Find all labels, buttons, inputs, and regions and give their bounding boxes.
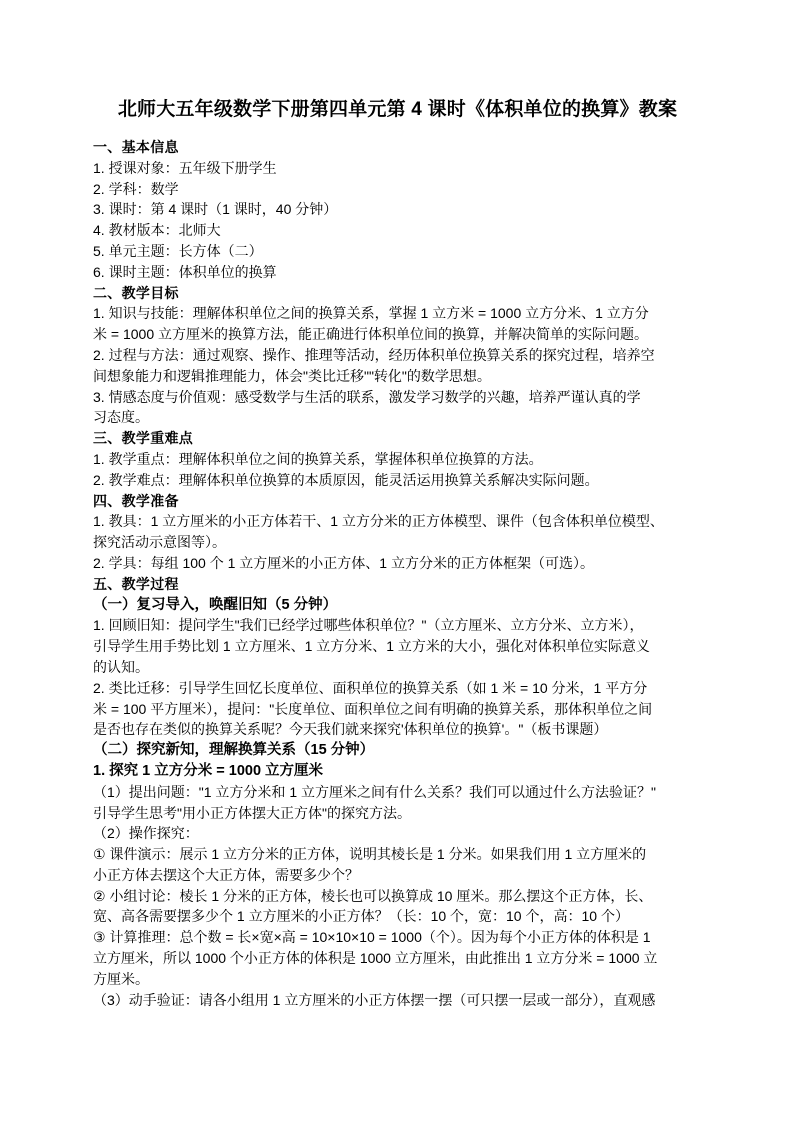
text-line: 2. 学具：每组 100 个 1 立方厘米的小正方体、1 立方分米的正方体框架（…	[93, 553, 702, 574]
section-heading: 三、教学重难点	[93, 428, 702, 449]
text-line: 米 = 100 平方厘米），提问："长度单位、面积单位之间有明确的换算关系，那体…	[93, 699, 702, 720]
text-line: 间想象能力和逻辑推理能力，体会"类比迁移""转化"的数学思想。	[93, 366, 702, 387]
subsection-heading: （一）复习导入，唤醒旧知（5 分钟）	[93, 595, 702, 616]
text-line: （1）提出问题："1 立方分米和 1 立方厘米之间有什么关系？我们可以通过什么方…	[93, 782, 702, 803]
text-line: 引导学生用手势比划 1 立方厘米、1 立方分米、1 立方米的大小，强化对体积单位…	[93, 636, 702, 657]
text-line: 2. 教学难点：理解体积单位换算的本质原因，能灵活运用换算关系解决实际问题。	[93, 470, 702, 491]
text-line: 宽、高各需要摆多少个 1 立方厘米的小正方体？（长：10 个，宽：10 个，高：…	[93, 906, 702, 927]
document-body: 一、基本信息1. 授课对象：五年级下册学生2. 学科：数学3. 课时：第 4 课…	[93, 137, 702, 1010]
text-line: 习态度。	[93, 407, 702, 428]
document-page: 北师大五年级数学下册第四单元第 4 课时《体积单位的换算》教案 一、基本信息1.…	[0, 0, 794, 1123]
text-line: 5. 单元主题：长方体（二）	[93, 241, 702, 262]
text-line: 小正方体去摆这个大正方体，需要多少个？	[93, 865, 702, 886]
text-line: 1. 授课对象：五年级下册学生	[93, 158, 702, 179]
section-heading: 一、基本信息	[93, 137, 702, 158]
text-line: 是否也存在类似的换算关系呢？今天我们就来探究'体积单位的换算'。"（板书课题）	[93, 719, 702, 740]
text-line: 6. 课时主题：体积单位的换算	[93, 262, 702, 283]
section-heading: 二、教学目标	[93, 283, 702, 304]
text-line: 方厘米。	[93, 969, 702, 990]
text-line: （2）操作探究：	[93, 823, 702, 844]
text-line: ② 小组讨论：棱长 1 分米的正方体，棱长也可以换算成 10 厘米。那么摆这个正…	[93, 886, 702, 907]
text-line: ③ 计算推理：总个数 = 长×宽×高 = 10×10×10 = 1000（个）。…	[93, 927, 702, 948]
document-title: 北师大五年级数学下册第四单元第 4 课时《体积单位的换算》教案	[93, 96, 702, 123]
text-line: 立方厘米，所以 1000 个小正方体的体积是 1000 立方厘米，由此推出 1 …	[93, 948, 702, 969]
text-line: 1. 教学重点：理解体积单位之间的换算关系，掌握体积单位换算的方法。	[93, 449, 702, 470]
text-line: 1. 教具：1 立方厘米的小正方体若干、1 立方分米的正方体模型、课件（包含体积…	[93, 511, 702, 532]
text-line: 1. 知识与技能：理解体积单位之间的换算关系，掌握 1 立方米 = 1000 立…	[93, 303, 702, 324]
subsection-heading: （二）探究新知，理解换算关系（15 分钟）	[93, 740, 702, 761]
text-line: （3）动手验证：请各小组用 1 立方厘米的小正方体摆一摆（可只摆一层或一部分），…	[93, 990, 702, 1011]
subsection-heading: 1. 探究 1 立方分米 = 1000 立方厘米	[93, 761, 702, 782]
text-line: 2. 过程与方法：通过观察、操作、推理等活动，经历体积单位换算关系的探究过程，培…	[93, 345, 702, 366]
text-line: 2. 类比迁移：引导学生回忆长度单位、面积单位的换算关系（如 1 米 = 10 …	[93, 678, 702, 699]
text-line: 米 = 1000 立方厘米的换算方法，能正确进行体积单位间的换算，并解决简单的实…	[93, 324, 702, 345]
text-line: 2. 学科：数学	[93, 179, 702, 200]
text-line: 探究活动示意图等）。	[93, 532, 702, 553]
section-heading: 五、教学过程	[93, 574, 702, 595]
text-line: 4. 教材版本：北师大	[93, 220, 702, 241]
text-line: 1. 回顾旧知：提问学生"我们已经学过哪些体积单位？"（立方厘米、立方分米、立方…	[93, 615, 702, 636]
text-line: 3. 课时：第 4 课时（1 课时，40 分钟）	[93, 199, 702, 220]
text-line: 3. 情感态度与价值观：感受数学与生活的联系，激发学习数学的兴趣，培养严谨认真的…	[93, 387, 702, 408]
section-heading: 四、教学准备	[93, 491, 702, 512]
text-line: 的认知。	[93, 657, 702, 678]
text-line: 引导学生思考"用小正方体摆大正方体"的探究方法。	[93, 803, 702, 824]
text-line: ① 课件演示：展示 1 立方分米的正方体，说明其棱长是 1 分米。如果我们用 1…	[93, 844, 702, 865]
